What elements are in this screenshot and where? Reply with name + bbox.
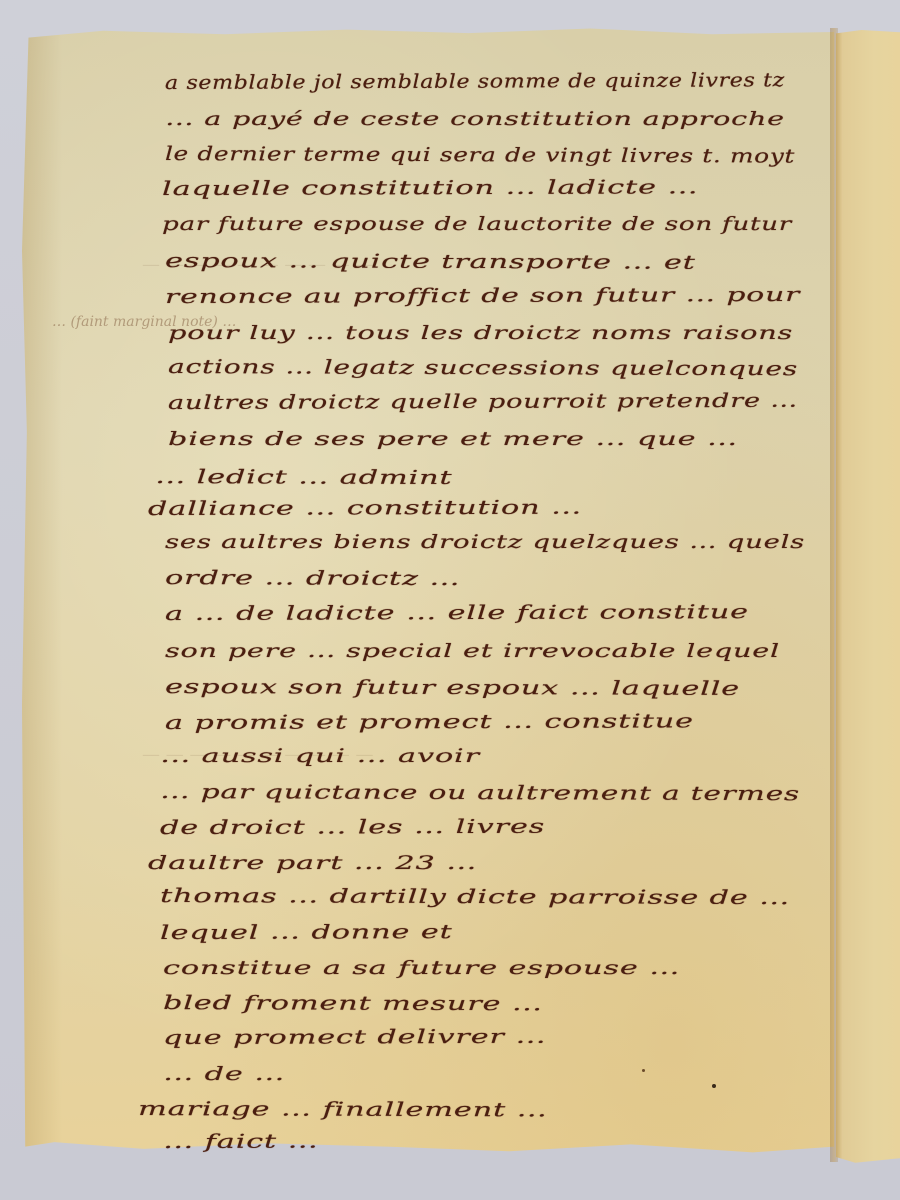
- ink-speck: [642, 1069, 645, 1072]
- manuscript-line: aultres droictz quelle pourroit pretendr…: [168, 390, 798, 414]
- manuscript-line: constitue a sa future espouse …: [163, 957, 680, 979]
- manuscript-line: par future espouse de lauctorite de son …: [162, 213, 792, 235]
- manuscript-line: a semblable jol semblable somme de quinz…: [165, 69, 785, 94]
- manuscript-line: a … de ladicte … elle faict constitue: [165, 601, 749, 625]
- manuscript-line: daultre part … 23 …: [148, 852, 477, 874]
- manuscript-line: espoux son futur espoux … laquelle: [165, 676, 740, 700]
- manuscript-line: dalliance … constitution …: [148, 497, 582, 520]
- manuscript-line: de droict … les … livres: [160, 816, 545, 839]
- manuscript-line: espoux … quicte transporte … et: [165, 250, 696, 274]
- manuscript-line: renonce au proffict de son futur … pour: [165, 284, 800, 308]
- manuscript-line: … de …: [163, 1063, 285, 1085]
- manuscript-line: biens de ses pere et mere … que …: [168, 428, 738, 450]
- ink-speck: [712, 1084, 716, 1088]
- manuscript-line: actions … legatz successions quelconques: [168, 356, 798, 380]
- manuscript-line: son pere … special et irrevocable lequel: [165, 640, 780, 662]
- manuscript-line: lequel … donne et: [160, 921, 453, 944]
- manuscript-line: … aussi qui … avoir: [160, 745, 480, 767]
- manuscript-line: laquelle constitution … ladicte …: [162, 176, 699, 200]
- manuscript-line: ordre … droictz …: [165, 567, 461, 590]
- manuscript-line: pour luy … tous les droictz noms raisons: [168, 322, 793, 344]
- manuscript-line: … faict …: [163, 1130, 319, 1153]
- manuscript-line: … ledict … admint: [155, 466, 453, 489]
- manuscript-line: thomas … dartilly dicte parroisse de …: [160, 885, 790, 909]
- manuscript-line: ses aultres biens droictz quelzques … qu…: [165, 531, 805, 553]
- facing-page: [836, 30, 900, 1165]
- manuscript-line: mariage … finallement …: [138, 1098, 548, 1121]
- manuscript-line: … par quictance ou aultrement a termes: [160, 781, 800, 805]
- manuscript-line: bled froment mesure …: [163, 992, 543, 1015]
- manuscript-line: que promect delivrer …: [163, 1026, 547, 1049]
- manuscript-line: … a payé de ceste constitution approche: [165, 108, 785, 130]
- manuscript-line: a promis et promect … constitue: [165, 710, 694, 734]
- manuscript-line: le dernier terme qui sera de vingt livre…: [165, 143, 795, 168]
